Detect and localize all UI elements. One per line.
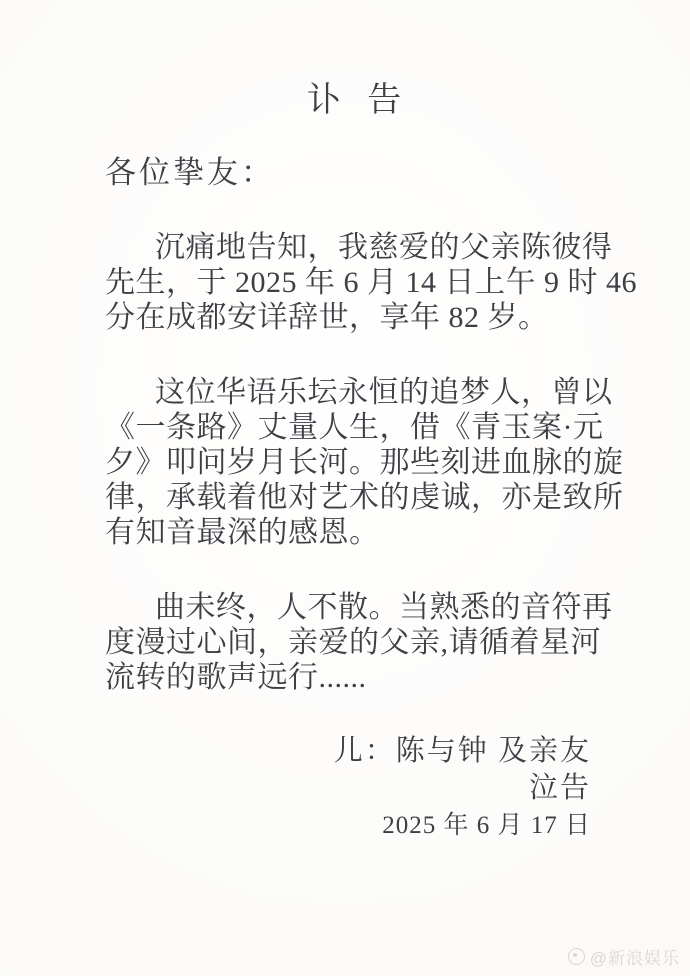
paragraph-line: 度漫过心间，亲爱的父亲,请循着星河 [105, 625, 605, 660]
paragraph-line: 有知音最深的感恩。 [105, 515, 605, 550]
paragraph-line: 曲未终，人不散。当熟悉的音符再 [105, 590, 605, 625]
paragraph-line: 律，承载着他对艺术的虔诚，亦是致所 [105, 480, 605, 515]
paragraph-death-notice: 沉痛地告知，我慈爱的父亲陈彼得 先生，于 2025 年 6 月 14 日上午 9… [105, 230, 605, 335]
paragraph-line: 先生，于 2025 年 6 月 14 日上午 9 时 46 [105, 265, 605, 300]
document-title: 讣 告 [105, 83, 605, 118]
document-body: 讣 告 各位挚友： 沉痛地告知，我慈爱的父亲陈彼得 先生，于 2025 年 6 … [105, 83, 605, 844]
watermark-text: @新浪娱乐 [590, 944, 680, 969]
signature-closing: 泣告 [105, 770, 591, 807]
weibo-logo-icon [568, 948, 585, 965]
signature-signer: 儿：陈与钟 及亲友 [105, 733, 591, 770]
signature-date: 2025 年 6 月 17 日 [105, 807, 591, 844]
paragraph-line: 沉痛地告知，我慈爱的父亲陈彼得 [105, 230, 605, 265]
signature-block: 儿：陈与钟 及亲友 泣告 2025 年 6 月 17 日 [105, 733, 605, 844]
watermark: @新浪娱乐 [568, 944, 680, 969]
paragraph-tribute: 这位华语乐坛永恒的追梦人，曾以 《一条路》丈量人生，借《青玉案·元 夕》叩问岁月… [105, 375, 605, 550]
obituary-document: 讣 告 各位挚友： 沉痛地告知，我慈爱的父亲陈彼得 先生，于 2025 年 6 … [0, 0, 690, 976]
paragraph-farewell: 曲未终，人不散。当熟悉的音符再 度漫过心间，亲爱的父亲,请循着星河 流转的歌声远… [105, 590, 605, 695]
paragraph-line: 《一条路》丈量人生，借《青玉案·元 [105, 410, 605, 445]
paragraph-line: 这位华语乐坛永恒的追梦人，曾以 [105, 375, 605, 410]
paragraph-line: 流转的歌声远行...... [105, 660, 605, 695]
paragraph-line: 夕》叩问岁月长河。那些刻进血脉的旋 [105, 445, 605, 480]
salutation: 各位挚友： [105, 155, 605, 190]
paragraph-line: 分在成都安详辞世，享年 82 岁。 [105, 300, 605, 335]
